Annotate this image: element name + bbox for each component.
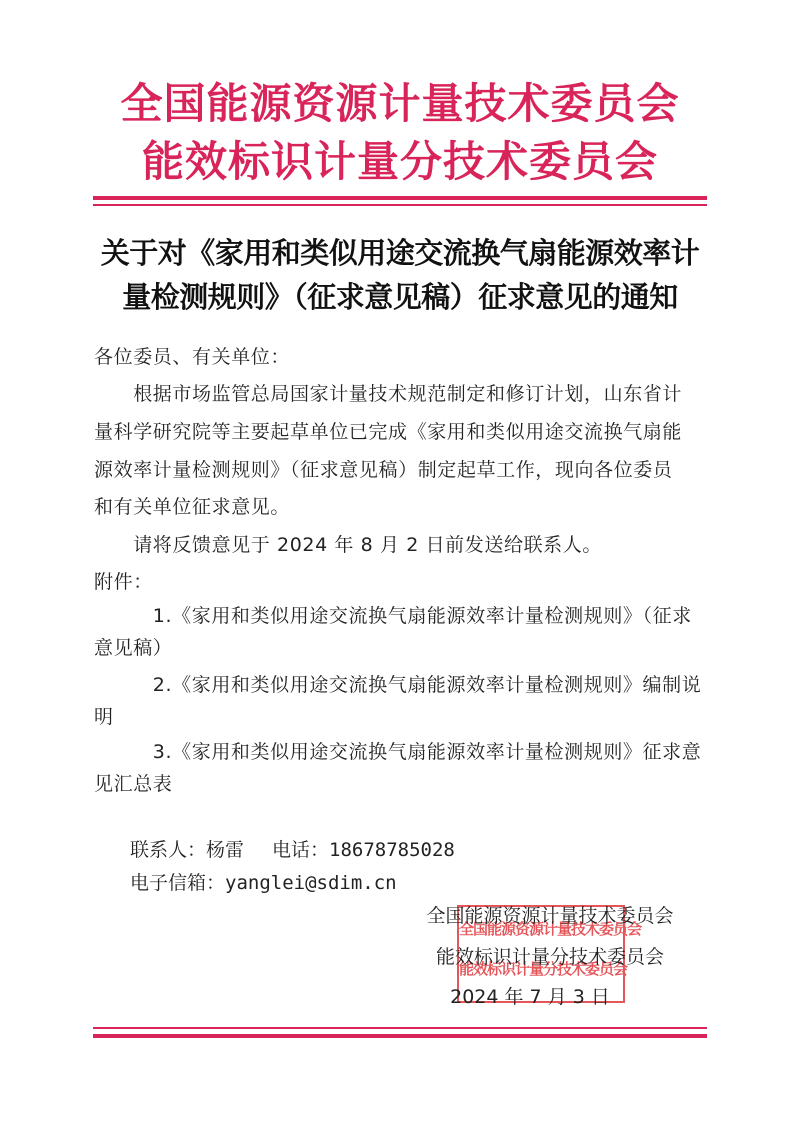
attachments-label: 附件： [94, 570, 153, 594]
footer-thin-rule [93, 1027, 707, 1029]
footer-thick-rule [93, 1034, 707, 1038]
attachment-item-1: 1.《家用和类似用途交流换气扇能源效率计量检测规则》（征求 [94, 604, 692, 628]
letterhead-org-line-2: 能效标识计量分技术委员会 [80, 136, 720, 188]
signature-date: 2024 年 7 月 3 日 [430, 985, 630, 1009]
attachment-item-3: 3.《家用和类似用途交流换气扇能源效率计量检测规则》征求意 [94, 740, 701, 764]
paragraph-line: 和有关单位征求意见。 [94, 495, 290, 519]
paragraph-line: 量科学研究院等主要起草单位已完成《家用和类似用途交流换气扇能 [94, 420, 682, 444]
header-thick-rule [93, 196, 707, 200]
signature-org-2: 能效标识计量分技术委员会 [415, 945, 685, 969]
contact-person: 杨雷 [206, 839, 244, 861]
deadline-line: 请将反馈意见于 2024 年 8 月 2 日前发送给联系人。 [94, 533, 602, 557]
email-address: yanglei@sdim.cn [225, 872, 397, 894]
email-label: 电子信箱： [130, 872, 225, 894]
salutation: 各位委员、有关单位： [94, 345, 290, 369]
contact-person-line: 联系人：杨雷电话：18678785028 [130, 838, 455, 862]
attachment-item-2-cont: 明 [94, 705, 114, 729]
notice-title-line-1: 关于对《家用和类似用途交流换气扇能源效率计 [80, 233, 720, 273]
attachment-item-1-cont: 意见稿） [94, 636, 172, 660]
letterhead-org-line-1: 全国能源资源计量技术委员会 [80, 78, 720, 130]
paragraph-line: 源效率计量检测规则》（征求意见稿）制定起草工作，现向各位委员 [94, 458, 673, 482]
contact-email-line: 电子信箱：yanglei@sdim.cn [130, 871, 397, 895]
header-thin-rule [93, 204, 707, 206]
phone-number: 18678785028 [329, 839, 455, 861]
notice-title-line-2: 量检测规则》（征求意见稿）征求意见的通知 [80, 277, 720, 317]
paragraph-line: 根据市场监管总局国家计量技术规范制定和修订计划，山东省计 [94, 382, 682, 406]
signature-org-1: 全国能源资源计量技术委员会 [405, 904, 695, 928]
contact-person-label: 联系人： [130, 839, 206, 861]
attachment-item-2: 2.《家用和类似用途交流换气扇能源效率计量检测规则》编制说 [94, 673, 701, 697]
attachment-item-3-cont: 见汇总表 [94, 772, 172, 796]
phone-label: 电话： [272, 839, 329, 861]
